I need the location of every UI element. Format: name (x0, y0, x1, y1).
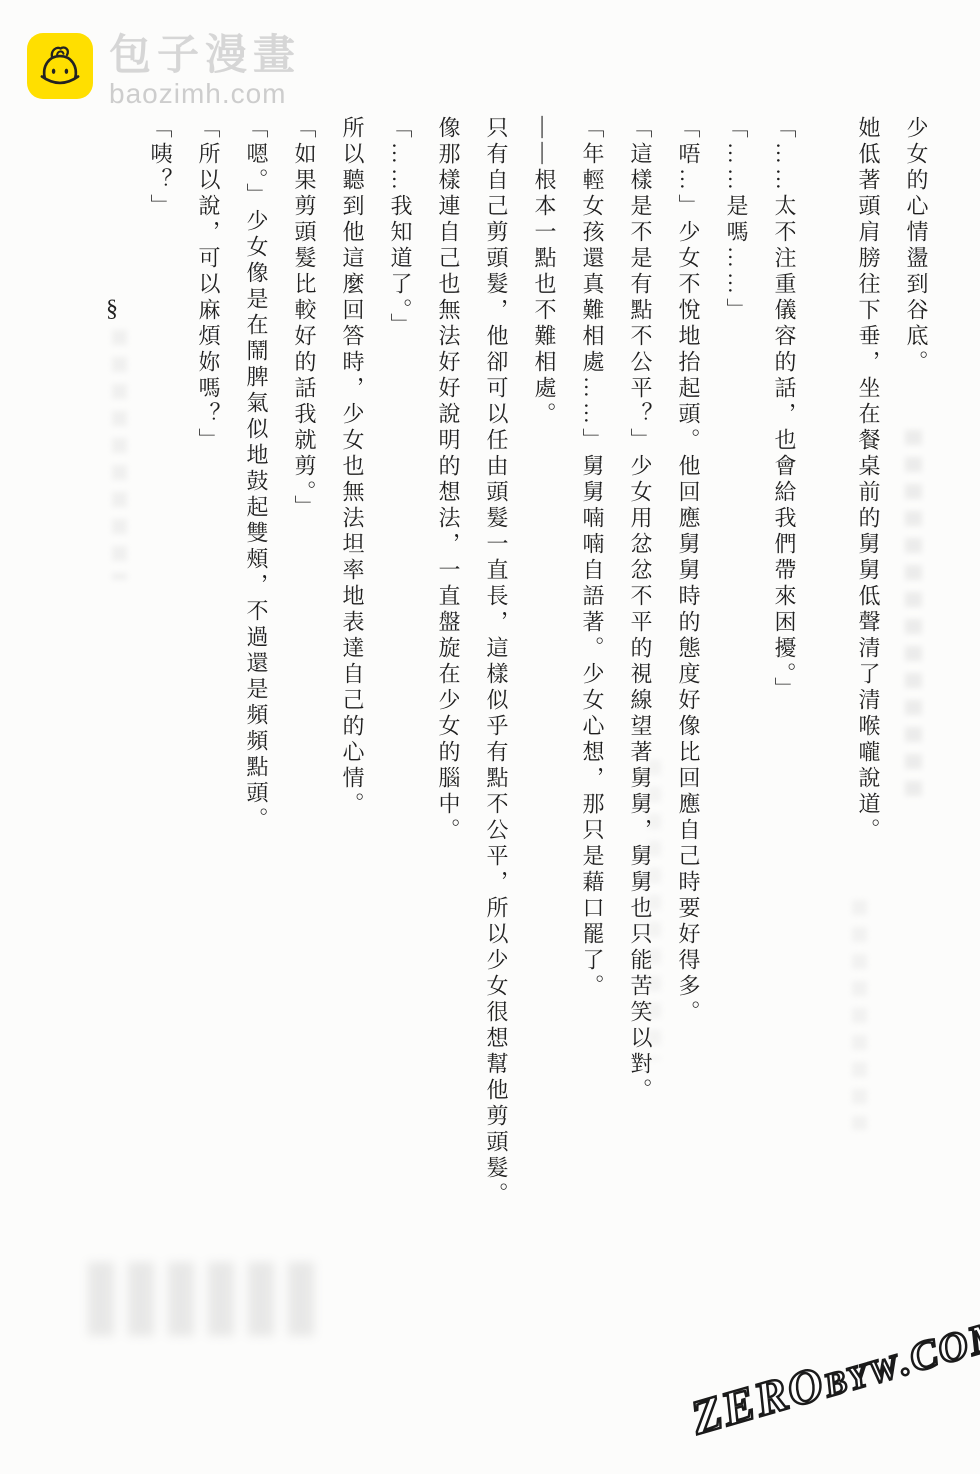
novel-text-column: 只有自己剪頭髮，他卻可以任由頭髮一直長，這樣似乎有點不公平，所以少女很想幫他剪頭… (472, 116, 520, 1331)
novel-text-column: ——根本一點也不難相處。 (520, 116, 568, 1331)
novel-text-column: 「所以說，可以麻煩妳嗎？」 (184, 116, 232, 1331)
site-url: baozimh.com (109, 79, 301, 109)
novel-text-column: 「……是嗎……」 (712, 116, 760, 1331)
site-name: 包子漫畫 (109, 33, 301, 79)
novel-text-column: 「如果剪頭髮比較好的話我就剪。」 (280, 116, 328, 1331)
novel-text-column: 她低著頭肩膀往下垂，坐在餐桌前的舅舅低聲清了清喉嚨說道。 (844, 116, 892, 1331)
novel-text-column: 少女的心情盪到谷底。 (892, 116, 940, 1331)
novel-text-area: 少女的心情盪到谷底。她低著頭肩膀往下垂，坐在餐桌前的舅舅低聲清了清喉嚨說道。「…… (48, 116, 940, 1331)
novel-text-column: 「嗯。」少女像是在鬧脾氣似地鼓起雙頰，不過還是頻頻點頭。 (232, 116, 280, 1331)
novel-text-column: 「年輕女孩還真難相處……」舅舅喃喃自語著。少女心想，那只是藉口罷了。 (568, 116, 616, 1331)
novel-text-column: 「咦？」 (136, 116, 184, 1331)
novel-text-column: 所以聽到他這麼回答時，少女也無法坦率地表達自己的心情。 (328, 116, 376, 1331)
novel-text-column: 「……太不注重儀容的話，也會給我們帶來困擾。」 (760, 116, 808, 1331)
site-logo-text: 包子漫畫 baozimh.com (109, 33, 301, 109)
novel-text-column: 「……我知道了。」 (376, 116, 424, 1331)
novel-text-column: 「唔…」少女不悅地抬起頭。他回應舅舅時的態度好像比回應自己時要好得多。 (664, 116, 712, 1331)
section-divider-mark: § (88, 116, 136, 1331)
watermark-text-byw: BYW (820, 1349, 904, 1405)
novel-text-column: 像那樣連自己也無法好好說明的想法，一直盤旋在少女的腦中。 (424, 116, 472, 1331)
novel-text-column: 「這樣是不是有點不公平？」少女用忿忿不平的視線望著舅舅，舅舅也只能苦笑以對。 (616, 116, 664, 1331)
watermark-text-zero: ZERO (686, 1357, 831, 1445)
baozi-bun-icon (27, 33, 93, 99)
site-logo: 包子漫畫 baozimh.com (27, 33, 301, 109)
